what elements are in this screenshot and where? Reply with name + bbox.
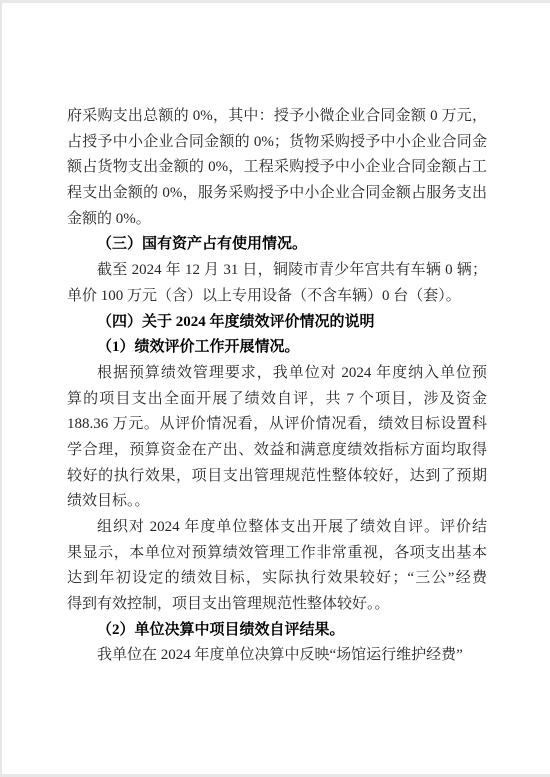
text-line: 绩效目标。。 (67, 489, 487, 515)
text-line: 占授予中小企业合同金额的 0%；货物采购授予中小企业合同金 (67, 130, 487, 156)
section-heading: （三）国有资产占有使用情况。 (67, 232, 487, 258)
section-heading: （四）关于 2024 年度绩效评价情况的说明 (67, 310, 487, 336)
text-line: 金额的 0%。 (67, 207, 487, 233)
document-text: 府采购支出总额的 0%，其中：授予小微企业合同金额 0 万元，占授予中小企业合同… (67, 104, 487, 669)
text-line: 算的项目支出全面开展了绩效自评，共 7 个项目，涉及资金 (67, 387, 487, 413)
text-line: 截至 2024 年 12 月 31 日，铜陵市青少年宫共有车辆 0 辆； (67, 258, 487, 284)
section-heading: （2）单位决算中项目绩效自评结果。 (67, 618, 487, 644)
text-line: 府采购支出总额的 0%，其中：授予小微企业合同金额 0 万元， (67, 104, 487, 130)
text-line: 较好的执行效果，项目支出管理规范性整体较好，达到了预期 (67, 464, 487, 490)
text-line: 得到有效控制，项目支出管理规范性整体较好。。 (67, 592, 487, 618)
text-line: 组织对 2024 年度单位整体支出开展了绩效自评。评价结 (67, 515, 487, 541)
text-line: 程支出金额的 0%，服务采购授予中小企业合同金额占服务支出 (67, 181, 487, 207)
text-line: 188.36 万元。从评价情况看，从评价情况看，绩效目标设置科 (67, 412, 487, 438)
viewer-background: 府采购支出总额的 0%，其中：授予小微企业合同金额 0 万元，占授予中小企业合同… (0, 0, 550, 777)
text-line: 学合理，预算资金在产出、效益和满意度绩效指标方面均取得 (67, 438, 487, 464)
text-line: 达到年初设定的绩效目标，实际执行效果较好；“三公”经费 (67, 566, 487, 592)
text-line: 额占货物支出金额的 0%，工程采购授予中小企业合同金额占工 (67, 155, 487, 181)
text-line: 单价 100 万元（含）以上专用设备（不含车辆）0 台（套）。 (67, 284, 487, 310)
text-line: 根据预算绩效管理要求，我单位对 2024 年度纳入单位预 (67, 361, 487, 387)
text-line: 果显示，本单位对预算绩效管理工作非常重视，各项支出基本 (67, 541, 487, 567)
document-page: 府采购支出总额的 0%，其中：授予小微企业合同金额 0 万元，占授予中小企业合同… (2, 3, 550, 774)
section-heading: （1）绩效评价工作开展情况。 (67, 335, 487, 361)
text-line: 我单位在 2024 年度单位决算中反映“场馆运行维护经费” (67, 643, 487, 669)
